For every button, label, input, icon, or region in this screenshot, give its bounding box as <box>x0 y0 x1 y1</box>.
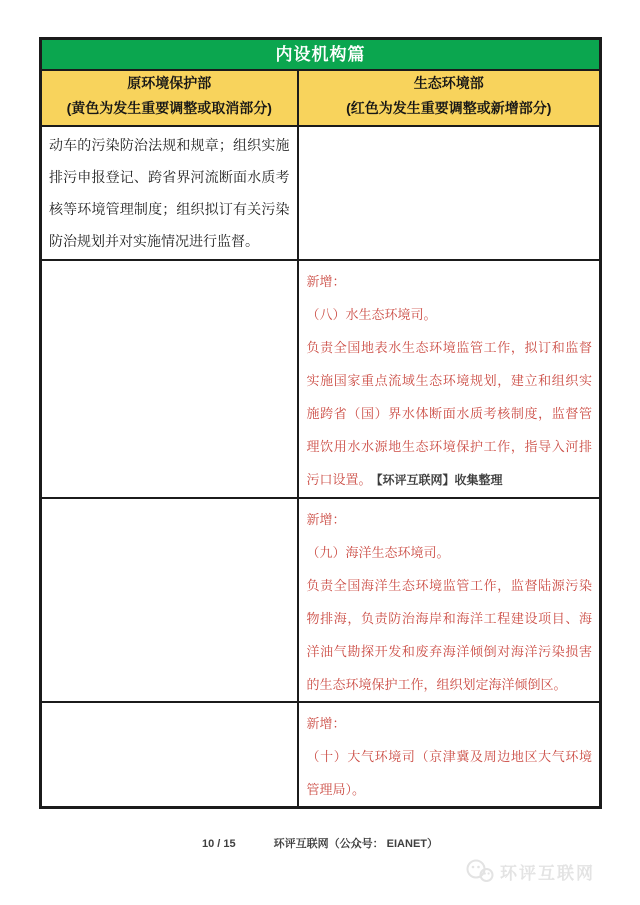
new-label: 新增： <box>307 265 593 298</box>
column-header-right-title: 生态环境部 <box>299 71 600 96</box>
section-title-row: 内设机构篇 <box>41 39 601 70</box>
document-page: 内设机构篇 原环境保护部 (黄色为发生重要调整或取消部分) 生态环境部 (红色为… <box>0 0 640 905</box>
department-description-text: 负责全国地表水生态环境监管工作，拟订和监督实施国家重点流域生态环境规划，建立和组… <box>307 340 593 487</box>
old-ministry-cell-empty <box>41 702 298 808</box>
page-number: 10 / 15 <box>202 838 236 850</box>
new-label: 新增： <box>307 707 593 740</box>
footer-source: 环评互联网（公众号： EIANET） <box>274 835 438 851</box>
column-header-right-subtitle: (红色为发生重要调整或新增部分) <box>299 96 600 121</box>
table-row: 新增： （十）大气环境司（京津冀及周边地区大气环境管理局）。 <box>41 702 601 808</box>
table-row: 动车的污染防治法规和规章；组织实施排污申报登记、跨省界河流断面水质考核等环境管理… <box>41 126 601 260</box>
old-ministry-cell: 动车的污染防治法规和规章；组织实施排污申报登记、跨省界河流断面水质考核等环境管理… <box>41 126 298 260</box>
chat-faces-icon <box>465 858 495 884</box>
department-description: 负责全国地表水生态环境监管工作，拟订和监督实施国家重点流域生态环境规划，建立和组… <box>307 331 593 497</box>
table-row: 新增： （八）水生态环境司。 负责全国地表水生态环境监管工作，拟订和监督实施国家… <box>41 260 601 498</box>
new-ministry-cell-empty <box>298 126 601 260</box>
department-description: 负责全国海洋生态环境监管工作，监督陆源污染物排海，负责防治海岸和海洋工程建设项目… <box>307 569 593 701</box>
page-footer: 10 / 15 环评互联网（公众号： EIANET） <box>0 835 640 851</box>
department-title: （十）大气环境司（京津冀及周边地区大气环境管理局）。 <box>307 740 593 806</box>
column-header-left-title: 原环境保护部 <box>42 71 297 96</box>
column-header-row: 原环境保护部 (黄色为发生重要调整或取消部分) 生态环境部 (红色为发生重要调整… <box>41 70 601 126</box>
column-header-right: 生态环境部 (红色为发生重要调整或新增部分) <box>298 70 601 126</box>
table-row: 新增： （九）海洋生态环境司。 负责全国海洋生态环境监管工作，监督陆源污染物排海… <box>41 498 601 702</box>
comparison-table: 内设机构篇 原环境保护部 (黄色为发生重要调整或取消部分) 生态环境部 (红色为… <box>39 37 602 809</box>
department-title: （八）水生态环境司。 <box>307 298 593 331</box>
new-label: 新增： <box>307 503 593 536</box>
new-ministry-cell: 新增： （八）水生态环境司。 负责全国地表水生态环境监管工作，拟订和监督实施国家… <box>298 260 601 498</box>
watermark: 环评互联网 <box>465 858 595 884</box>
new-ministry-cell: 新增： （九）海洋生态环境司。 负责全国海洋生态环境监管工作，监督陆源污染物排海… <box>298 498 601 702</box>
collector-note: 【环评互联网】收集整理 <box>377 473 503 487</box>
old-ministry-text: 动车的污染防治法规和规章；组织实施排污申报登记、跨省界河流断面水质考核等环境管理… <box>49 131 290 259</box>
section-title: 内设机构篇 <box>41 39 601 70</box>
column-header-left-subtitle: (黄色为发生重要调整或取消部分) <box>42 96 297 121</box>
department-title: （九）海洋生态环境司。 <box>307 536 593 569</box>
old-ministry-cell-empty <box>41 260 298 498</box>
watermark-label: 环评互联网 <box>500 859 595 884</box>
new-ministry-cell: 新增： （十）大气环境司（京津冀及周边地区大气环境管理局）。 <box>298 702 601 808</box>
old-ministry-cell-empty <box>41 498 298 702</box>
column-header-left: 原环境保护部 (黄色为发生重要调整或取消部分) <box>41 70 298 126</box>
